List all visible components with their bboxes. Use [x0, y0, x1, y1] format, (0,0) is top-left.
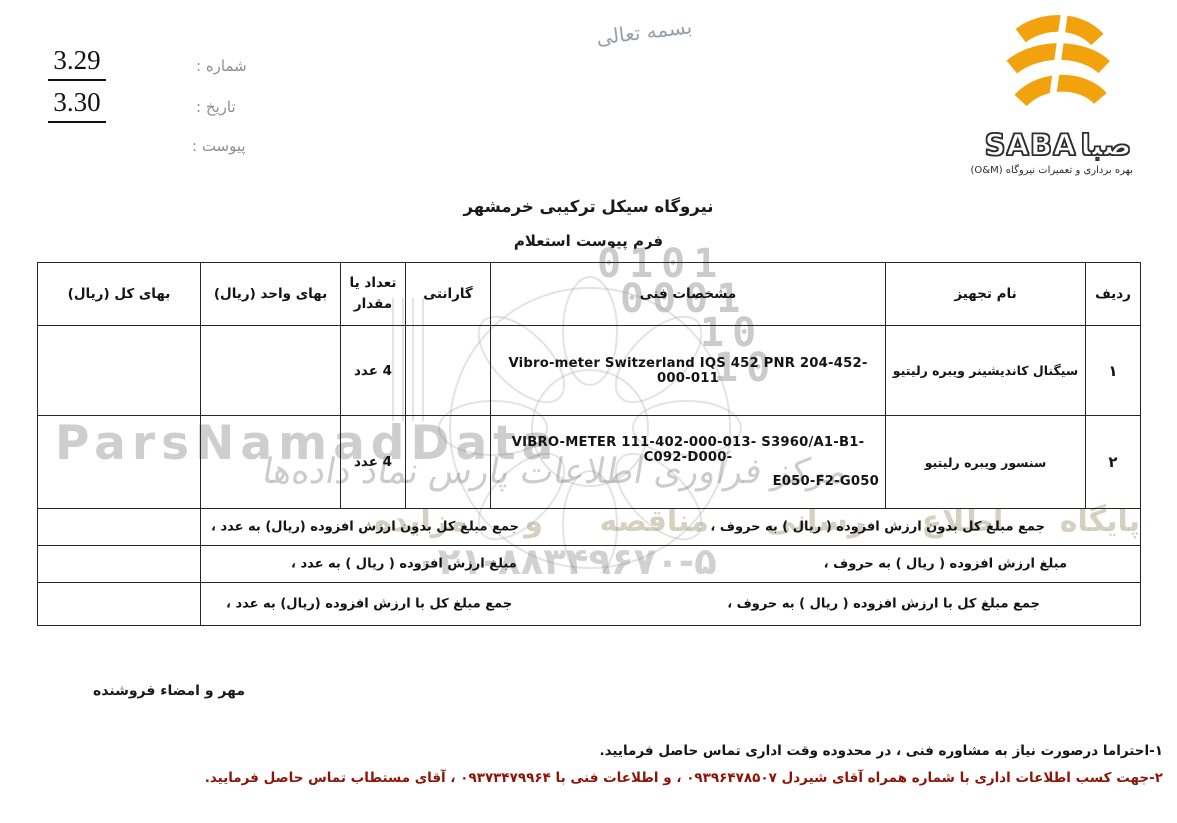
cell-unit-price: [201, 416, 341, 509]
form-title: فرم پیوست استعلام: [0, 232, 1177, 250]
table-row: ۲ سنسور ویبره رلیتیو VIBRO-METER 111-402…: [38, 416, 1141, 509]
saba-logo: SABA صبا بهره برداری و تعمیرات نیروگاه (…: [983, 10, 1133, 176]
summary-words-label: مبلغ ارزش افزوده ( ریال ) به حروف ،: [824, 557, 1067, 572]
summary-row: جمع مبلغ کل بدون ارزش افزوده ( ریال ) به…: [38, 509, 1141, 546]
bismillah-calligraphy: بسمه تعالی: [595, 14, 693, 50]
col-header-unit-price: بهای واحد (ریال): [201, 263, 341, 326]
table-row: ۱ سیگنال کاندیشینر ویبره رلیتیو Vibro-me…: [38, 326, 1141, 416]
header-row: ردیف نام تجهیز مشخصات فنی گارانتی تعداد …: [38, 263, 1141, 326]
summary-total-without-vat: جمع مبلغ کل بدون ارزش افزوده ( ریال ) به…: [201, 509, 1141, 546]
saba-logo-mark-icon: [999, 10, 1117, 128]
cell-warranty: [406, 326, 491, 416]
date-value: 3.30: [48, 87, 106, 123]
col-header-specs: مشخصات فنی: [491, 263, 886, 326]
cell-equipment-name: سنسور ویبره رلیتیو: [886, 416, 1086, 509]
saba-tagline: بهره برداری و تعمیرات نیروگاه (O&M): [983, 165, 1133, 176]
summary-total-with-vat: جمع مبلغ کل با ارزش افزوده ( ریال ) به ح…: [201, 583, 1141, 626]
summary-amount-cell: [38, 546, 201, 583]
cell-technical-specs: VIBRO-METER 111-402-000-013- S3960/A1-B1…: [491, 416, 886, 509]
footer-note-technical: ۱-احتراما درصورت نیاز به مشاوره فنی ، در…: [43, 743, 1163, 759]
cell-row-number: ۱: [1086, 326, 1141, 416]
saba-latin-text: SABA: [985, 128, 1077, 162]
col-header-total-price: بهای کل (ریال): [38, 263, 201, 326]
col-header-warranty: گارانتی: [406, 263, 491, 326]
summary-digits-label: جمع مبلغ کل با ارزش افزوده (ریال) به عدد…: [226, 597, 512, 612]
spec-line-1: Vibro-meter Switzerland IQS 452 PNR 204-…: [497, 356, 879, 386]
spec-line-2: E050-F2-G050: [773, 474, 879, 489]
summary-amount-cell: [38, 583, 201, 626]
seller-signature-label: مهر و امضاء فروشنده: [93, 683, 245, 699]
number-value: 3.29: [48, 45, 106, 81]
cell-quantity: 4 عدد: [341, 416, 406, 509]
footer-note-contacts: ۲-جهت کسب اطلاعات اداری با شماره همراه آ…: [43, 770, 1163, 786]
cell-total-price: [38, 326, 201, 416]
summary-row: جمع مبلغ کل با ارزش افزوده ( ریال ) به ح…: [38, 583, 1141, 626]
saba-farsi-text: صبا: [1081, 128, 1132, 162]
col-header-row: ردیف: [1086, 263, 1141, 326]
summary-words-label: جمع مبلغ کل بدون ارزش افزوده ( ریال ) به…: [710, 520, 1045, 535]
summary-digits-label: جمع مبلغ کل بدون ارزش افزوده (ریال) به ع…: [211, 520, 519, 535]
cell-row-number: ۲: [1086, 416, 1141, 509]
col-header-quantity: تعداد یا مقدار: [341, 263, 406, 326]
cell-warranty: [406, 416, 491, 509]
cell-technical-specs: Vibro-meter Switzerland IQS 452 PNR 204-…: [491, 326, 886, 416]
scanned-inquiry-document: { "meta": { "number_label": "شماره :", "…: [0, 0, 1177, 823]
summary-digits-label: مبلغ ارزش افزوده ( ریال ) به عدد ،: [291, 557, 517, 572]
summary-amount-cell: [38, 509, 201, 546]
cell-quantity: 4 عدد: [341, 326, 406, 416]
cell-equipment-name: سیگنال کاندیشینر ویبره رلیتیو: [886, 326, 1086, 416]
summary-words-label: جمع مبلغ کل با ارزش افزوده ( ریال ) به ح…: [727, 597, 1040, 612]
attachment-label: پیوست :: [192, 137, 246, 155]
plant-title: نیروگاه سیکل ترکیبی خرمشهر: [0, 197, 1177, 216]
summary-row: مبلغ ارزش افزوده ( ریال ) به حروف ، مبلغ…: [38, 546, 1141, 583]
col-header-equipment: نام تجهیز: [886, 263, 1086, 326]
number-label: شماره :: [196, 57, 247, 75]
saba-wordmark: SABA صبا: [983, 128, 1133, 162]
summary-vat-amount: مبلغ ارزش افزوده ( ریال ) به حروف ، مبلغ…: [201, 546, 1141, 583]
date-label: تاریخ :: [196, 98, 236, 116]
cell-total-price: [38, 416, 201, 509]
cell-unit-price: [201, 326, 341, 416]
spec-line-1: VIBRO-METER 111-402-000-013- S3960/A1-B1…: [497, 435, 879, 465]
inquiry-table: ردیف نام تجهیز مشخصات فنی گارانتی تعداد …: [37, 262, 1141, 626]
